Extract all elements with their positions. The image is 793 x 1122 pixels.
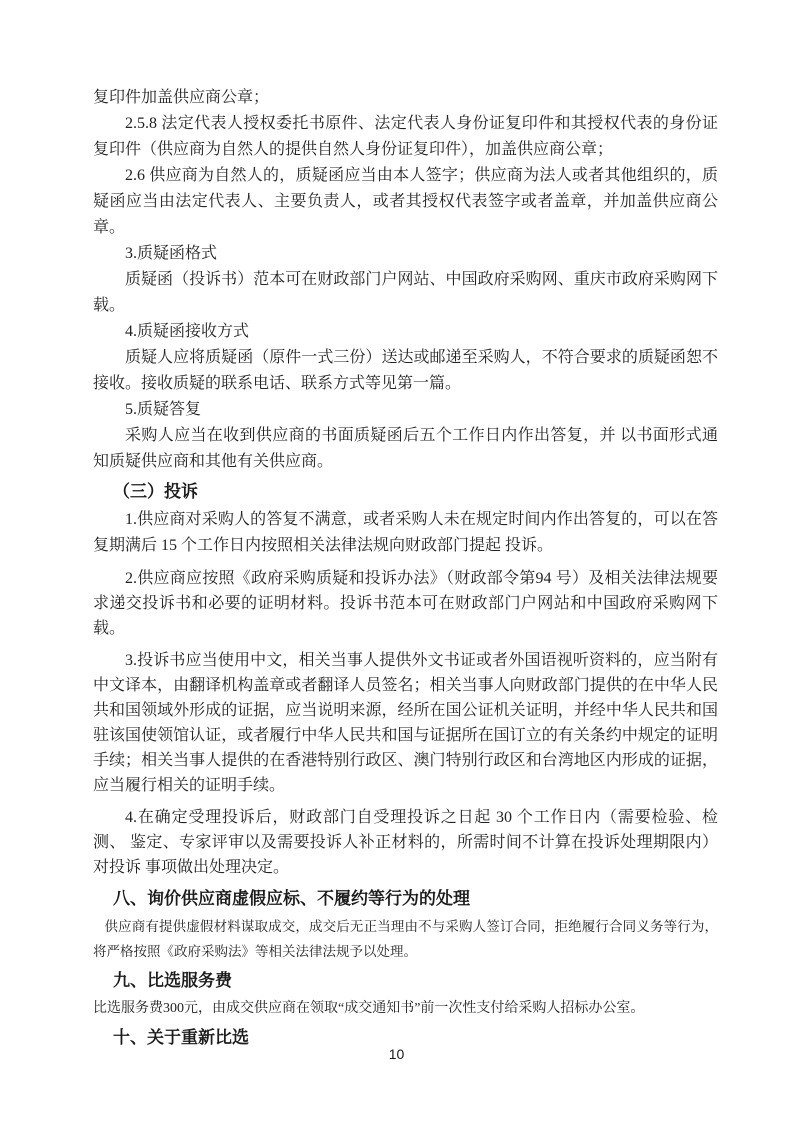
para-service-fee: 比选服务费300元，由成交供应商在领取“成交通知书”前一次性支付给采购人招标办公… — [93, 996, 718, 1021]
para-query-letter-format: 3.质疑函格式 — [93, 241, 718, 267]
document-page: 复印件加盖供应商公章； 2.5.8 法定代表人授权委托书原件、法定代表人身份证复… — [0, 0, 793, 1122]
para-complaint-3: 3.投诉书应当使用中文，相关当事人提供外文书证或者外国语视听资料的，应当附有 中… — [93, 648, 718, 798]
para-2-6-signature: 2.6 供应商为自然人的，质疑函应当由本人签字；供应商为法人或者其他组织的，质疑… — [93, 163, 718, 241]
para-2-5-8-authorization: 2.5.8 法定代表人授权委托书原件、法定代表人身份证复印件和其授权代表的身份证… — [93, 111, 718, 163]
document-content: 复印件加盖供应商公章； 2.5.8 法定代表人授权委托书原件、法定代表人身份证复… — [93, 85, 718, 1051]
para-false-bid-handling: 供应商有提供虚假材料谋取成交，成交后无正当理由不与采购人签订合同，拒绝履行合同义… — [93, 914, 718, 964]
para-query-reply-details: 采购人应当在收到供应商的书面质疑函后五个工作日内作出答复，并 以书面形式通知质疑… — [93, 423, 718, 475]
para-seal-requirement: 复印件加盖供应商公章； — [93, 85, 718, 111]
para-complaint-4: 4.在确定受理投诉后，财政部门自受理投诉之日起 30 个工作日内（需要检验、检测… — [93, 805, 718, 880]
heading-service-fee: 九、比选服务费 — [93, 967, 718, 994]
para-query-letter-template: 质疑函（投诉书）范本可在财政部门户网站、中国政府采购网、重庆市政府采购网下 载。 — [93, 267, 718, 319]
para-complaint-1: 1.供应商对采购人的答复不满意，或者采购人未在规定时间内作出答复的，可以在答复期… — [93, 507, 718, 559]
heading-complaint-section: （三）投诉 — [93, 478, 718, 505]
para-query-receive-details: 质疑人应将质疑函（原件一式三份）送达或邮递至采购人，不符合要求的质疑函恕不 接收… — [93, 345, 718, 397]
para-complaint-2: 2.供应商应按照《政府采购质疑和投诉办法》（财政部令第94 号）及相关法律法规要… — [93, 566, 718, 641]
para-query-reply: 5.质疑答复 — [93, 397, 718, 423]
page-number: 10 — [0, 1046, 793, 1062]
para-query-receive-method: 4.质疑函接收方式 — [93, 319, 718, 345]
heading-false-bid-handling: 八、询价供应商虚假应标、不履约等行为的处理 — [93, 885, 718, 912]
